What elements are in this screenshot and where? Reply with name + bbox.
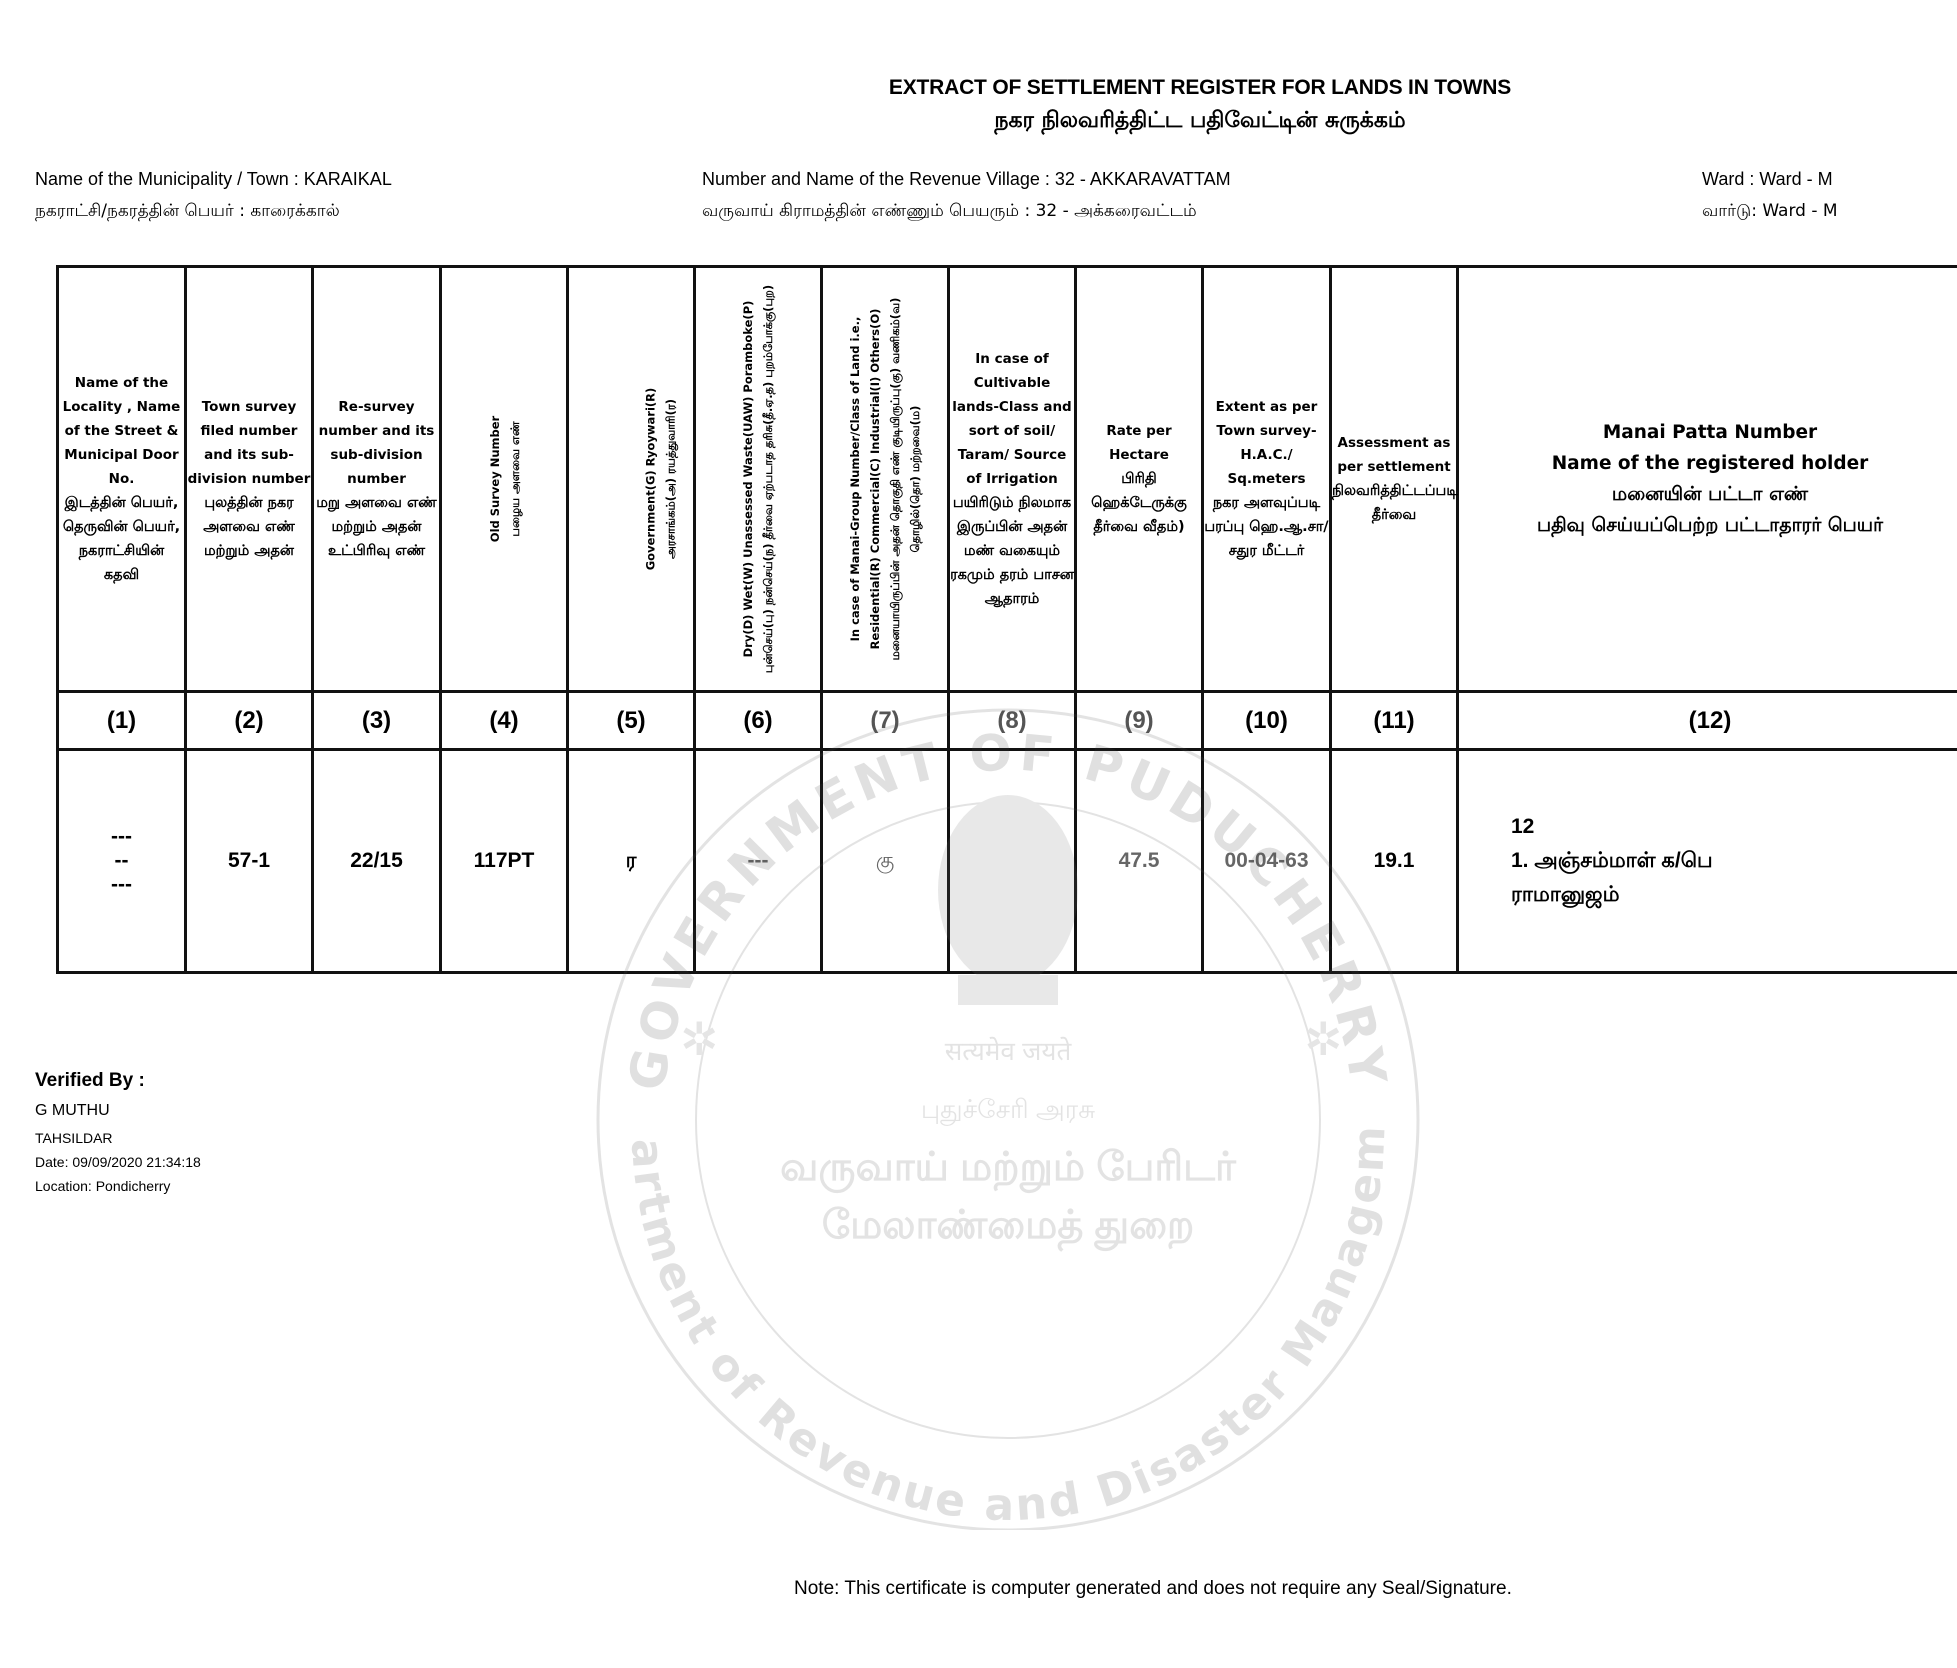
col-number: (1) [58, 692, 186, 750]
village-info: Number and Name of the Revenue Village :… [702, 163, 1231, 227]
document-title: EXTRACT OF SETTLEMENT REGISTER FOR LANDS… [700, 76, 1700, 136]
table-row: --- -- --- 57-1 22/15 117PT ர --- கு 47.… [58, 750, 1957, 973]
village-en: Number and Name of the Revenue Village :… [702, 163, 1231, 195]
star-icon: ✲ [1304, 1013, 1343, 1065]
cell-town-survey-no: 57-1 [186, 750, 313, 973]
ward-ta: வார்டு: Ward - M [1702, 195, 1838, 227]
verifier-name: G MUTHU [35, 1096, 201, 1126]
header-col-7: In case of Manai-Group Number/Class of L… [822, 267, 949, 692]
verified-by-label: Verified By : [35, 1066, 201, 1096]
ward-en: Ward : Ward - M [1702, 163, 1838, 195]
col-number: (7) [822, 692, 949, 750]
col-number: (3) [313, 692, 441, 750]
header-row: Name of the Locality , Name of the Stree… [58, 267, 1957, 692]
header-col-12: Manai Patta Number Name of the registere… [1458, 267, 1957, 692]
col-number: (4) [441, 692, 568, 750]
svg-text:புதுச்சேரி அரசு: புதுச்சேரி அரசு [921, 1094, 1095, 1126]
svg-text:வருவாய் மற்றும் பேரிடர்: வருவாய் மற்றும் பேரிடர் [780, 1145, 1237, 1193]
cell-cultivable-class [949, 750, 1076, 973]
patta-number: 12 [1511, 810, 1957, 844]
verification-block: Verified By : G MUTHU TAHSILDAR Date: 09… [35, 1066, 201, 1198]
col-number: (8) [949, 692, 1076, 750]
col-number: (11) [1331, 692, 1458, 750]
cell-govt-ryotwari: ர [568, 750, 695, 973]
cell-resurvey-no: 22/15 [313, 750, 441, 973]
col-number: (5) [568, 692, 695, 750]
verifier-designation: TAHSILDAR [35, 1126, 201, 1150]
header-col-8: In case of Cultivable lands-Class and so… [949, 267, 1076, 692]
cell-dry-wet: --- [695, 750, 822, 973]
col-number: (9) [1076, 692, 1203, 750]
header-col-5: Government(G) Ryoywari(R) அரசாங்கம்(அ) ர… [568, 267, 695, 692]
header-col-10: Extent as per Town survey- H.A.C./ Sq.me… [1203, 267, 1331, 692]
col-number: (6) [695, 692, 822, 750]
footer-note: Note: This certificate is computer gener… [794, 1578, 1512, 1600]
header-col-1: Name of the Locality , Name of the Stree… [58, 267, 186, 692]
svg-text:மேலாண்மைத் துறை: மேலாண்மைத் துறை [822, 1203, 1195, 1252]
settlement-register-table: Name of the Locality , Name of the Stree… [56, 265, 1957, 974]
header-col-3: Re-survey number and its sub-division nu… [313, 267, 441, 692]
verification-date: Date: 09/09/2020 21:34:18 [35, 1150, 201, 1174]
ward-info: Ward : Ward - M வார்டு: Ward - M [1702, 163, 1838, 227]
header-col-4: Old Survey Number பழைய அளவை எண் [441, 267, 568, 692]
verification-location: Location: Pondicherry [35, 1174, 201, 1198]
header-col-9: Rate per Hectare பிரிதி ஹெக்டேருக்கு தீர… [1076, 267, 1203, 692]
header-col-2: Town survey filed number and its sub-div… [186, 267, 313, 692]
title-english: EXTRACT OF SETTLEMENT REGISTER FOR LANDS… [700, 76, 1700, 100]
cell-locality: --- -- --- [58, 750, 186, 973]
municipality-info: Name of the Municipality / Town : KARAIK… [35, 163, 392, 227]
header-col-6: Dry(D) Wet(W) Unassessed Waste(UAW) Pora… [695, 267, 822, 692]
cell-manai-class: கு [822, 750, 949, 973]
municipality-en: Name of the Municipality / Town : KARAIK… [35, 163, 392, 195]
col-number: (2) [186, 692, 313, 750]
title-tamil: நகர நிலவரித்திட்ட பதிவேட்டின் சுருக்கம் [700, 108, 1700, 136]
cell-assessment: 19.1 [1331, 750, 1458, 973]
col-number: (10) [1203, 692, 1331, 750]
cell-extent: 00-04-63 [1203, 750, 1331, 973]
column-number-row: (1) (2) (3) (4) (5) (6) (7) (8) (9) (10)… [58, 692, 1957, 750]
holder-name-line1: 1. அஞ்சம்மாள் க/பெ [1511, 844, 1957, 878]
municipality-ta: நகராட்சி/நகரத்தின் பெயர் : காரைக்கால் [35, 195, 392, 227]
col-number: (12) [1458, 692, 1957, 750]
cell-patta-holder: 12 1. அஞ்சம்மாள் க/பெ ராமானுஜம் [1458, 750, 1957, 973]
header-col-11: Assessment as per settlement நிலவரித்திட… [1331, 267, 1458, 692]
star-icon: ✲ [680, 1013, 719, 1065]
cell-rate-per-hectare: 47.5 [1076, 750, 1203, 973]
cell-old-survey-no: 117PT [441, 750, 568, 973]
village-ta: வருவாய் கிராமத்தின் எண்ணும் பெயரும் : 32… [702, 195, 1231, 227]
svg-text:सत्यमेव जयते: सत्यमेव जयते [945, 1036, 1073, 1066]
holder-name-line2: ராமானுஜம் [1511, 878, 1957, 912]
